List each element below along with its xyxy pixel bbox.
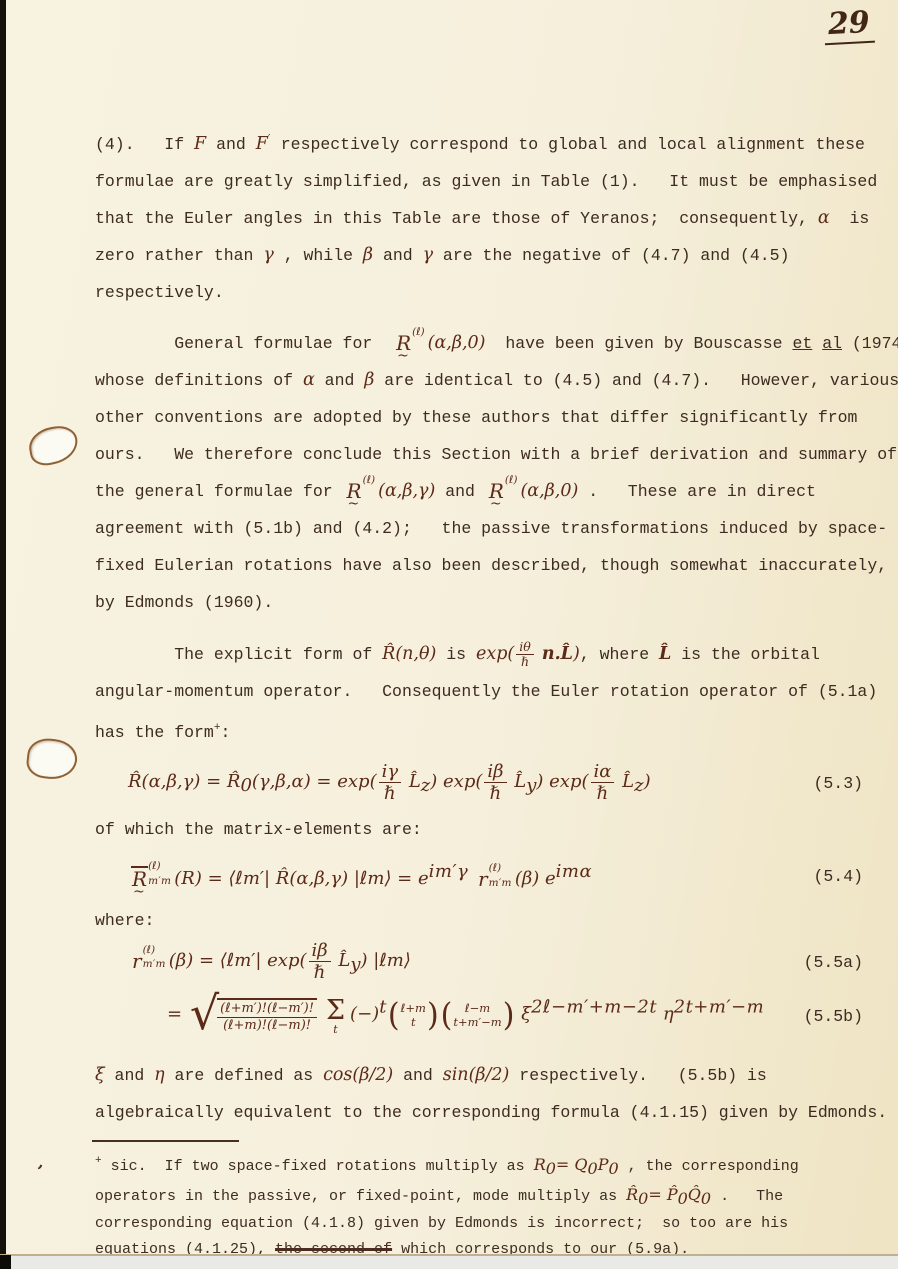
handwritten-math: ) <box>644 771 651 792</box>
handwritten-math: ) exp( <box>536 771 588 792</box>
hand-operator-symbol: R~(ℓ) <box>488 480 518 501</box>
handwritten-math: β <box>363 245 373 265</box>
text-line: agreement with (5.1b) and (4.2); the pas… <box>95 510 889 547</box>
typed-text: agreement with (5.1b) and (4.2); the pas… <box>95 519 887 538</box>
typed-text: (4). If <box>95 135 194 154</box>
math-part: (ℓ) <box>363 475 376 486</box>
hand-subscript: y <box>526 775 536 796</box>
math-part: t+m′−m <box>453 1016 501 1030</box>
math-part: (ℓ+m′)!(ℓ−m′)!(ℓ+m)!(ℓ−m)! <box>217 998 317 1033</box>
hand-fraction: iαℏ <box>591 762 615 805</box>
math-part: (ℓ) <box>489 863 502 874</box>
math-part: t <box>411 1016 416 1030</box>
typed-text: , where <box>580 645 659 664</box>
typed-text: are identical to (4.5) and (4.7). Howeve… <box>374 371 898 390</box>
typed-text: and <box>435 482 485 501</box>
text-line: operators in the passive, or fixed-point… <box>95 1182 889 1212</box>
math-part: (ℓ) <box>505 475 518 486</box>
typed-text: the general formulae for <box>95 482 343 501</box>
math-part: ( <box>441 1000 453 1032</box>
typed-text: are defined as <box>165 1066 323 1085</box>
text-line: corresponding equation (4.1.8) given by … <box>95 1211 889 1237</box>
math-part: ℓ−m <box>465 1002 490 1016</box>
hand-operator-symbol: R~(ℓ) <box>346 480 376 501</box>
math-part: ℏ <box>490 783 502 804</box>
typed-text: other conventions are adopted by these a… <box>95 408 857 427</box>
handwritten-math: (β) e <box>515 868 556 889</box>
typed-text: respectively. <box>95 283 224 302</box>
hand-fraction: iβℏ <box>484 762 506 805</box>
math-part: (ℓ) <box>505 475 518 486</box>
hand-subscript: 0 <box>546 1159 556 1178</box>
handwritten-math <box>468 868 474 889</box>
handwritten-math: R̂(α,β,γ) = R̂ <box>128 771 240 792</box>
handwritten-math: (α,β,γ) <box>378 481 435 501</box>
math-part: ℏ <box>597 783 609 804</box>
eq-5-5a: r(ℓ)m′m(β) = ⟨ℓm′| exp(iβℏ L̂y) |ℓm⟩(5.5… <box>95 939 889 985</box>
eq-5-5b: = √(ℓ+m′)!(ℓ−m′)!(ℓ+m)!(ℓ−m)!Σt(−)t(ℓ+mt… <box>95 985 889 1047</box>
typed-text: by Edmonds (1960). <box>95 593 273 612</box>
eq-5-4: R~(ℓ)m′m(R) = ⟨ℓm′| R̂(α,β,γ) |ℓm⟩ = eim… <box>95 850 889 902</box>
text-line: by Edmonds (1960). <box>95 584 889 621</box>
hand-subscript: 0 <box>240 775 251 796</box>
handwritten-math: (R) = ⟨ℓm′| R̂(α,β,γ) |ℓm⟩ = e <box>174 868 428 889</box>
math-part: ℓ+m <box>401 1002 426 1016</box>
text-line: ξ and η are defined as cos(β/2) and sin(… <box>95 1057 889 1094</box>
typed-text: : <box>220 723 230 742</box>
handwritten-math: R̂ <box>626 1185 638 1204</box>
hand-subscript: z <box>634 775 643 796</box>
typed-underlined-text: et <box>792 334 812 353</box>
typed-text: , while <box>274 246 363 265</box>
handwritten-math: (α,β,0) <box>428 333 486 353</box>
math-part: ) <box>503 1000 515 1032</box>
typed-text: sic. If two space-fixed rotations multip… <box>102 1158 534 1175</box>
typed-text: . The <box>711 1188 783 1205</box>
handwritten-math: R <box>534 1155 546 1174</box>
hand-operator-symbol: r(ℓ)m′m <box>131 950 166 972</box>
handwritten-math: L̂ <box>403 771 421 792</box>
typed-superscript: + <box>95 1155 102 1167</box>
math-part: iθ <box>516 640 534 655</box>
text-line: + sic. If two space-fixed rotations mult… <box>95 1149 889 1182</box>
handwritten-bold-math: L̂ <box>659 644 671 664</box>
hand-superscript: 2ℓ−m′+m−2t <box>531 997 657 1018</box>
math-part: (ℓ) <box>148 861 161 872</box>
handwritten-math: ) exp( <box>430 771 482 792</box>
handwritten-math: P <box>598 1155 609 1174</box>
typed-text: and <box>315 371 365 390</box>
hand-superscript: im′γ <box>429 861 469 882</box>
text-line: ours. We therefore conclude this Section… <box>95 436 889 473</box>
handwritten-math: exp( <box>476 644 514 664</box>
typed-text: algebraically equivalent to the correspo… <box>95 1103 887 1122</box>
equation-body: R~(ℓ)m′m(R) = ⟨ℓm′| R̂(α,β,γ) |ℓm⟩ = eim… <box>128 861 592 890</box>
handwritten-math: γ <box>263 245 273 265</box>
math-part: r <box>477 868 489 889</box>
math-part: R~ <box>131 866 148 889</box>
handwritten-math: α <box>303 370 315 390</box>
text-line: has the form+: <box>95 710 889 751</box>
math-part: m′m <box>489 878 512 889</box>
page-bottom-edge <box>0 1254 898 1269</box>
text-line: respectively. <box>95 274 889 311</box>
hand-fraction: iγℏ <box>379 762 402 805</box>
scanned-page: 29 ’ (4). If F and F′ respectively corre… <box>0 0 898 1269</box>
hand-binomial: (ℓ+mt) <box>388 1001 439 1031</box>
typed-text: corresponding equation (4.1.8) given by … <box>95 1215 788 1232</box>
line-matrix-elements: of which the matrix-elements are: <box>95 811 889 848</box>
text-line: angular-momentum operator. Consequently … <box>95 673 889 710</box>
text-line: The explicit form of R̂(n,θ) is exp(iθℏ … <box>95 636 889 673</box>
typed-text: whose definitions of <box>95 371 303 390</box>
hand-subscript: y <box>350 954 360 975</box>
equation-body: R̂(α,β,γ) = R̂0(γ,β,α) = exp(iγℏ L̂z) ex… <box>128 762 651 805</box>
math-part: ℓ−mt+m′−m <box>452 1002 502 1030</box>
handwritten-math: ξ <box>515 1004 531 1025</box>
handwritten-math: L̂ <box>509 771 527 792</box>
tilde-under-mark: ~ <box>133 885 145 899</box>
equation-number: (5.5b) <box>804 1007 863 1026</box>
typed-text: is <box>436 645 476 664</box>
handwritten-page-number: 29 <box>823 5 875 46</box>
radical-sign: √ <box>190 990 219 1036</box>
handwritten-math: ξ <box>95 1065 105 1085</box>
para-table-remark: (4). If F and F′ respectively correspond… <box>95 120 889 311</box>
math-part: (ℓ)m′m <box>489 863 512 885</box>
eq-5-3: R̂(α,β,γ) = R̂0(γ,β,α) = exp(iγℏ L̂z) ex… <box>95 755 889 811</box>
handwritten-math: (γ,β,α) = exp( <box>252 771 377 792</box>
math-part: r <box>131 950 143 971</box>
para-xi-eta: ξ and η are defined as cos(β/2) and sin(… <box>95 1057 889 1131</box>
tilde-under-mark: ~ <box>348 497 360 511</box>
math-part: ℓ+mt <box>400 1002 427 1030</box>
para-explicit-form: The explicit form of R̂(n,θ) is exp(iθℏ … <box>95 636 889 751</box>
math-part: (ℓ+m′)!(ℓ−m′)! <box>217 1002 317 1018</box>
typed-text <box>812 334 822 353</box>
typed-text: formulae are greatly simplified, as give… <box>95 172 877 191</box>
hand-fraction: iθℏ <box>516 640 534 670</box>
typed-text: is <box>830 209 870 228</box>
math-part: (ℓ) <box>143 945 156 956</box>
handwritten-math: = Q <box>556 1155 588 1174</box>
punch-hole <box>25 736 79 781</box>
footnote-rule <box>92 1140 239 1142</box>
typed-text: have been given by Bouscasse <box>486 334 793 353</box>
typed-text: fixed Eulerian rotations have also been … <box>95 556 887 575</box>
hand-fraction: iβℏ <box>309 941 331 984</box>
handwritten-math: sin(β/2) <box>443 1065 510 1085</box>
text-line: of which the matrix-elements are: <box>95 811 889 848</box>
handwritten-math: R̂(n,θ) <box>382 644 436 664</box>
text-line: General formulae for R~(ℓ)(α,β,0) have b… <box>95 325 889 362</box>
math-part: (ℓ) <box>412 327 425 338</box>
typed-text: ours. We therefore conclude this Section… <box>95 445 897 464</box>
hand-square-root: √(ℓ+m′)!(ℓ−m′)!(ℓ+m)!(ℓ−m)! <box>190 993 319 1039</box>
typed-text: has the form <box>95 723 214 742</box>
para-bouscasse: General formulae for R~(ℓ)(α,β,0) have b… <box>95 325 889 621</box>
hand-operator-symbol: R~(ℓ) <box>395 332 425 353</box>
math-part: iβ <box>484 762 506 784</box>
punch-hole <box>26 423 81 468</box>
hand-superscript: 2t+m′−m <box>674 997 765 1018</box>
math-part: ℏ <box>384 783 396 804</box>
math-part: (ℓ)m′m <box>143 945 166 967</box>
typed-text: and <box>393 1066 443 1085</box>
typed-text: and <box>105 1066 155 1085</box>
math-part: R~ <box>395 332 412 353</box>
handwritten-math: α <box>818 208 830 228</box>
typed-text: and <box>206 135 256 154</box>
handwritten-math: ) |ℓm⟩ <box>361 950 411 971</box>
handwritten-math: = <box>167 1004 188 1025</box>
hand-subscript: z <box>421 775 430 796</box>
tilde-under-mark: ~ <box>397 349 409 363</box>
hand-binomial: (ℓ−mt+m′−m) <box>441 1001 515 1031</box>
handwritten-math: η <box>657 1004 674 1025</box>
math-part: iβ <box>309 941 331 963</box>
math-part: iα <box>591 762 615 784</box>
equation-body: = √(ℓ+m′)!(ℓ−m′)!(ℓ+m)!(ℓ−m)!Σt(−)t(ℓ+mt… <box>167 993 764 1039</box>
handwritten-math: L̂ <box>333 950 351 971</box>
handwritten-math: cos(β/2) <box>323 1065 393 1085</box>
hand-subscript: 0 <box>638 1189 648 1208</box>
text-line: formulae are greatly simplified, as give… <box>95 163 889 200</box>
equation-number: (5.5a) <box>804 953 863 972</box>
text-line: zero rather than γ , while β and γ are t… <box>95 237 889 274</box>
handwritten-math: (β) = ⟨ℓm′| exp( <box>169 950 307 971</box>
math-part: ) <box>427 1000 439 1032</box>
typed-text: , the corresponding <box>619 1158 799 1175</box>
text-line: the general formulae for R~(ℓ)(α,β,γ) an… <box>95 473 889 510</box>
typed-text: (1974), <box>842 334 898 353</box>
hand-subscript: 0 <box>588 1159 598 1178</box>
text-line: fixed Eulerian rotations have also been … <box>95 547 889 584</box>
handwritten-math: (−) <box>350 1004 379 1025</box>
math-part: t <box>333 1024 337 1035</box>
text-line: (4). If F and F′ respectively correspond… <box>95 120 889 163</box>
hand-operator-symbol: R~(ℓ)m′m <box>131 866 171 889</box>
page-left-edge <box>0 0 6 1269</box>
stray-ink-mark: ’ <box>34 1162 45 1183</box>
typed-text: are the negative of (4.7) and (4.5) <box>433 246 789 265</box>
typed-text: where: <box>95 911 154 930</box>
typed-text: zero rather than <box>95 246 263 265</box>
math-part: R~ <box>346 480 363 501</box>
handwritten-math: η <box>154 1065 165 1085</box>
sigma-symbol: Σ <box>326 997 345 1024</box>
math-part: (ℓ) <box>412 327 425 338</box>
line-where: where: <box>95 902 889 939</box>
hand-subscript: 0 <box>678 1189 688 1208</box>
math-part: (ℓ)m′m <box>148 861 171 883</box>
hand-subscript: 0 <box>608 1159 618 1178</box>
text-column: (4). If F and F′ respectively correspond… <box>95 120 889 1262</box>
text-line: other conventions are adopted by these a… <box>95 399 889 436</box>
handwritten-math: ) <box>573 644 580 664</box>
math-part: ℏ <box>521 655 529 670</box>
typed-text: . These are in direct <box>578 482 816 501</box>
hand-summation: Σt <box>326 997 345 1035</box>
typed-underlined-text: al <box>822 334 842 353</box>
footnote: + sic. If two space-fixed rotations mult… <box>95 1149 889 1262</box>
typed-text: of which the matrix-elements are: <box>95 820 422 839</box>
typed-text: and <box>373 246 423 265</box>
handwritten-math: L̂ <box>616 771 634 792</box>
math-part: (ℓ) <box>363 475 376 486</box>
scan-corner-shadow <box>0 1255 11 1269</box>
math-part: m′m <box>148 876 171 887</box>
text-line: where: <box>95 902 889 939</box>
hand-operator-symbol: r(ℓ)m′m <box>477 868 512 890</box>
handwritten-math: β <box>364 370 374 390</box>
equation-number: (5.3) <box>813 774 863 793</box>
math-part: (ℓ+m)!(ℓ−m)! <box>223 1018 311 1033</box>
handwritten-math: γ <box>423 245 433 265</box>
text-line: that the Euler angles in this Table are … <box>95 200 889 237</box>
typed-text: respectively. (5.5b) is <box>509 1066 766 1085</box>
handwritten-bold-math: n.L̂ <box>536 644 573 664</box>
text-line: whose definitions of α and β are identic… <box>95 362 889 399</box>
handwritten-math: = P̂ <box>648 1185 677 1204</box>
handwritten-math: F <box>256 134 268 154</box>
equation-number: (5.4) <box>813 867 863 886</box>
math-part: R~ <box>488 480 505 501</box>
typed-text: operators in the passive, or fixed-point… <box>95 1188 626 1205</box>
math-part: iγ <box>379 762 402 784</box>
hand-superscript: imα <box>556 861 592 882</box>
hand-superscript: t <box>379 997 387 1018</box>
typed-text: General formulae for <box>95 334 392 353</box>
equation-body: r(ℓ)m′m(β) = ⟨ℓm′| exp(iβℏ L̂y) |ℓm⟩ <box>128 941 411 984</box>
math-part: ( <box>388 1000 400 1032</box>
text-line: algebraically equivalent to the correspo… <box>95 1094 889 1131</box>
hand-subscript: 0 <box>701 1189 711 1208</box>
typed-text: angular-momentum operator. Consequently … <box>95 682 877 701</box>
math-part: ℏ <box>314 962 326 983</box>
handwritten-math: (α,β,0) <box>520 481 578 501</box>
tilde-under-mark: ~ <box>490 497 502 511</box>
math-part: m′m <box>143 959 166 970</box>
typed-text: The explicit form of <box>95 645 382 664</box>
typed-text: is the orbital <box>671 645 820 664</box>
handwritten-math: Q̂ <box>688 1185 701 1204</box>
typed-text: respectively correspond to global and lo… <box>271 135 865 154</box>
typed-text: that the Euler angles in this Table are … <box>95 209 818 228</box>
handwritten-math: F <box>194 134 206 154</box>
